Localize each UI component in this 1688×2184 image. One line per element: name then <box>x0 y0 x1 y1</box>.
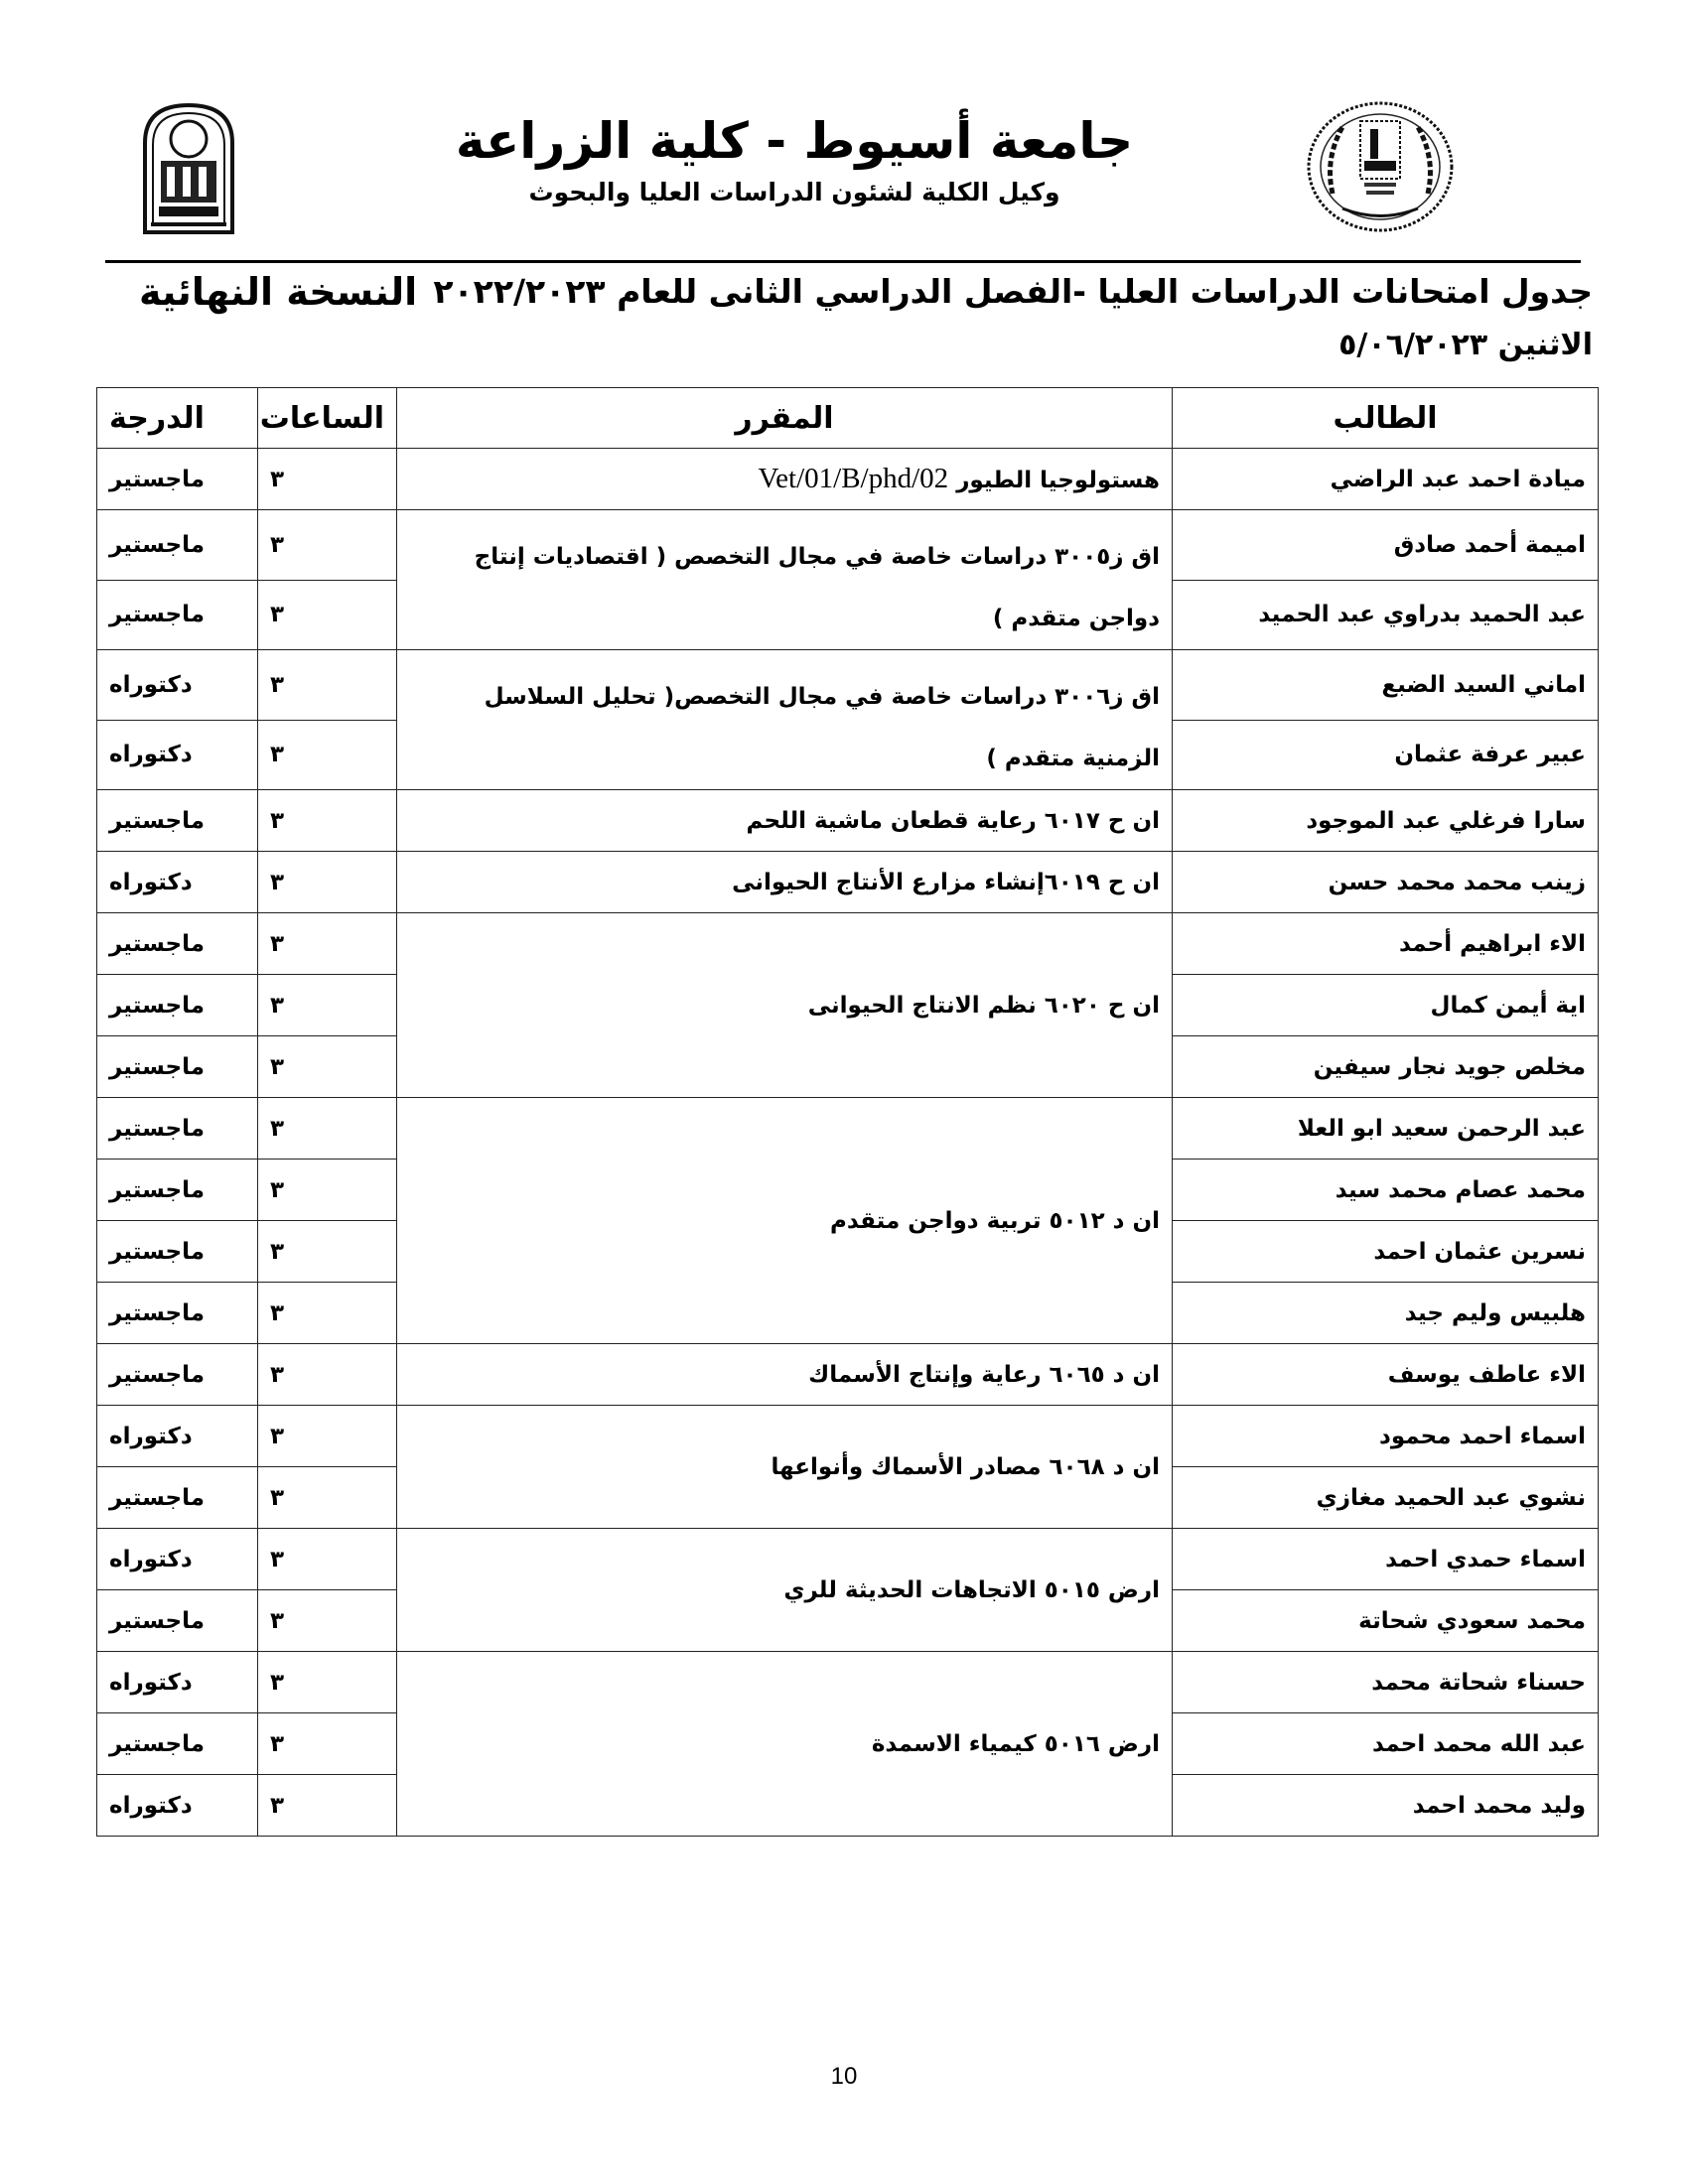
course-cell: ان د ٦٠٦٨ مصادر الأسماك وأنواعها <box>397 1406 1173 1529</box>
hours: ٣ <box>258 1529 397 1590</box>
column-header-hours: الساعات <box>258 388 397 449</box>
course-cell: ان ح ٦٠١٧ رعاية قطعان ماشية اللحم <box>397 790 1173 852</box>
course-cell: ارض ٥٠١٥ الاتجاهات الحديثة للري <box>397 1529 1173 1652</box>
hours: ٣ <box>258 852 397 913</box>
course-code: Vet/01/B/phd/02 <box>758 463 948 494</box>
student-name: ميادة احمد عبد الراضي <box>1173 449 1599 510</box>
column-header-degree: الدرجة <box>97 388 258 449</box>
student-name: وليد محمد احمد <box>1173 1775 1599 1837</box>
student-name: حسناء شحاتة محمد <box>1173 1652 1599 1713</box>
student-name: زينب محمد محمد حسن <box>1173 852 1599 913</box>
degree: ماجستير <box>97 790 258 852</box>
degree: ماجستير <box>97 580 258 650</box>
course-name: هستولوجيا الطيور <box>956 468 1160 493</box>
student-name: هلبيس وليم جيد <box>1173 1283 1599 1344</box>
exam-schedule-page: جامعة أسيوط - كلية الزراعة وكيل الكلية ل… <box>0 0 1688 2184</box>
hours: ٣ <box>258 1160 397 1221</box>
university-emblem-icon <box>139 99 238 236</box>
university-title: جامعة أسيوط - كلية الزراعة <box>377 111 1211 171</box>
degree: دكتوراه <box>97 1775 258 1837</box>
student-name: اية أيمن كمال <box>1173 975 1599 1036</box>
table-row: ميادة احمد عبد الراضي هستولوجيا الطيور V… <box>97 449 1599 510</box>
degree: ماجستير <box>97 1590 258 1652</box>
exam-schedule-table: الطالب المقرر الساعات الدرجة ميادة احمد … <box>96 387 1599 1837</box>
hours: ٣ <box>258 650 397 721</box>
degree: دكتوراه <box>97 1406 258 1467</box>
degree: دكتوراه <box>97 1652 258 1713</box>
table-header-row: الطالب المقرر الساعات الدرجة <box>97 388 1599 449</box>
table-row: اسماء احمد محمود ان د ٦٠٦٨ مصادر الأسماك… <box>97 1406 1599 1467</box>
column-header-course: المقرر <box>397 388 1173 449</box>
course-cell: ان د ٥٠١٢ تربية دواجن متقدم <box>397 1098 1173 1344</box>
student-name: الاء عاطف يوسف <box>1173 1344 1599 1406</box>
table-row: اماني السيد الضبع اق ز٣٠٠٦ دراسات خاصة ف… <box>97 650 1599 721</box>
student-name: اسماء احمد محمود <box>1173 1406 1599 1467</box>
degree: ماجستير <box>97 449 258 510</box>
course-cell: ان ح ٦٠٢٠ نظم الانتاج الحيوانى <box>397 913 1173 1098</box>
hours: ٣ <box>258 913 397 975</box>
student-name: الاء ابراهيم أحمد <box>1173 913 1599 975</box>
hours: ٣ <box>258 1467 397 1529</box>
student-name: عبير عرفة عثمان <box>1173 720 1599 790</box>
table-row: سارا فرغلي عبد الموجود ان ح ٦٠١٧ رعاية ق… <box>97 790 1599 852</box>
degree: ماجستير <box>97 975 258 1036</box>
degree: ماجستير <box>97 1283 258 1344</box>
hours: ٣ <box>258 510 397 581</box>
degree: دكتوراه <box>97 720 258 790</box>
hours: ٣ <box>258 1283 397 1344</box>
course-cell: هستولوجيا الطيور Vet/01/B/phd/02 <box>397 449 1173 510</box>
degree: ماجستير <box>97 1344 258 1406</box>
column-header-student: الطالب <box>1173 388 1599 449</box>
table-row: اميمة أحمد صادق اق ز٣٠٠٥ دراسات خاصة في … <box>97 510 1599 581</box>
hours: ٣ <box>258 1406 397 1467</box>
hours: ٣ <box>258 1590 397 1652</box>
degree: ماجستير <box>97 1713 258 1775</box>
hours: ٣ <box>258 1344 397 1406</box>
page-number: 10 <box>794 2063 894 2091</box>
degree: دكتوراه <box>97 1529 258 1590</box>
student-name: سارا فرغلي عبد الموجود <box>1173 790 1599 852</box>
degree: ماجستير <box>97 1221 258 1283</box>
hours: ٣ <box>258 1652 397 1713</box>
table-row: عبد الرحمن سعيد ابو العلا ان د ٥٠١٢ تربي… <box>97 1098 1599 1160</box>
hours: ٣ <box>258 580 397 650</box>
schedule-title: جدول امتحانات الدراسات العليا -الفصل الد… <box>433 268 1593 316</box>
student-name: اسماء حمدي احمد <box>1173 1529 1599 1590</box>
hours: ٣ <box>258 1713 397 1775</box>
course-cell: اق ز٣٠٠٥ دراسات خاصة في مجال التخصص ( اق… <box>397 510 1173 650</box>
table-row: الاء ابراهيم أحمد ان ح ٦٠٢٠ نظم الانتاج … <box>97 913 1599 975</box>
hours: ٣ <box>258 1221 397 1283</box>
table-row: اسماء حمدي احمد ارض ٥٠١٥ الاتجاهات الحدي… <box>97 1529 1599 1590</box>
hours: ٣ <box>258 790 397 852</box>
degree: ماجستير <box>97 913 258 975</box>
student-name: اماني السيد الضبع <box>1173 650 1599 721</box>
degree: دكتوراه <box>97 650 258 721</box>
hours: ٣ <box>258 449 397 510</box>
course-cell: ان د ٦٠٦٥ رعاية وإنتاج الأسماك <box>397 1344 1173 1406</box>
hours: ٣ <box>258 1098 397 1160</box>
hours: ٣ <box>258 720 397 790</box>
student-name: نسرين عثمان احمد <box>1173 1221 1599 1283</box>
hours: ٣ <box>258 1775 397 1837</box>
table-row: حسناء شحاتة محمد ارض ٥٠١٦ كيمياء الاسمدة… <box>97 1652 1599 1713</box>
final-version-label: النسخة النهائية <box>139 266 417 318</box>
student-name: عبد الرحمن سعيد ابو العلا <box>1173 1098 1599 1160</box>
office-subtitle: وكيل الكلية لشئون الدراسات العليا والبحو… <box>377 177 1211 208</box>
course-cell: ارض ٥٠١٦ كيمياء الاسمدة <box>397 1652 1173 1837</box>
student-name: محمد عصام محمد سيد <box>1173 1160 1599 1221</box>
degree: ماجستير <box>97 510 258 581</box>
student-name: نشوي عبد الحميد مغازي <box>1173 1467 1599 1529</box>
table-row: زينب محمد محمد حسن ان ح ٦٠١٩إنشاء مزارع … <box>97 852 1599 913</box>
faculty-seal-icon <box>1303 99 1458 234</box>
student-name: مخلص جويد نجار سيفين <box>1173 1036 1599 1098</box>
table-row: الاء عاطف يوسف ان د ٦٠٦٥ رعاية وإنتاج ال… <box>97 1344 1599 1406</box>
degree: ماجستير <box>97 1467 258 1529</box>
course-cell: ان ح ٦٠١٩إنشاء مزارع الأنتاج الحيوانى <box>397 852 1173 913</box>
exam-date: الاثنين ٥/٠٦/٢٠٢٣ <box>1338 324 1593 367</box>
degree: ماجستير <box>97 1036 258 1098</box>
student-name: محمد سعودي شحاتة <box>1173 1590 1599 1652</box>
degree: ماجستير <box>97 1098 258 1160</box>
header-divider <box>105 260 1581 263</box>
course-cell: اق ز٣٠٠٦ دراسات خاصة في مجال التخصص( تحل… <box>397 650 1173 790</box>
hours: ٣ <box>258 975 397 1036</box>
student-name: عبد الله محمد احمد <box>1173 1713 1599 1775</box>
degree: ماجستير <box>97 1160 258 1221</box>
degree: دكتوراه <box>97 852 258 913</box>
hours: ٣ <box>258 1036 397 1098</box>
student-name: اميمة أحمد صادق <box>1173 510 1599 581</box>
student-name: عبد الحميد بدراوي عبد الحميد <box>1173 580 1599 650</box>
